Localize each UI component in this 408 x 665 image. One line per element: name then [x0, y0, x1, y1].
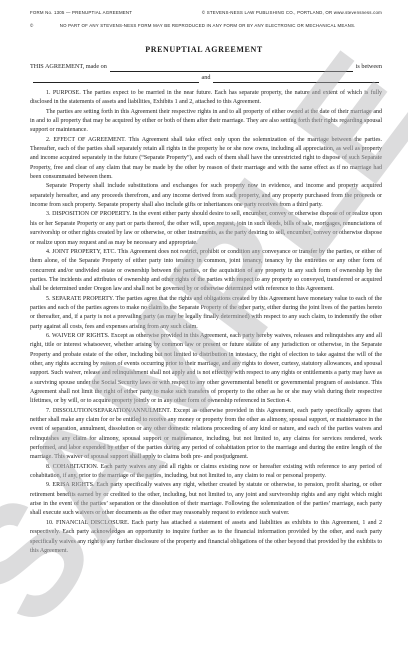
paragraph-purpose-cont: The parties are setting forth in this Ag… [30, 108, 382, 136]
opening-clause: THIS AGREEMENT, made on is between and [30, 61, 382, 83]
form-header: FORM No. 1305 — PRENUPTIAL AGREEMENT © S… [30, 10, 382, 28]
paragraph-financial-disclosure: 10. FINANCIAL DISCLOSURE. Each party has… [30, 519, 382, 556]
agreement-body: 1. PURPOSE. The parties expect to be mar… [30, 89, 382, 556]
party1-blank-field[interactable] [33, 74, 199, 83]
reproduction-notice: NO PART OF ANY STEVENS-NESS FORM MAY BE … [33, 23, 382, 28]
paragraph-separate-property-def: Separate Property shall include substitu… [30, 182, 382, 210]
paragraph-dissolution: 7. DISSOLUTION/SEPARATION/ANNULMENT. Exc… [30, 407, 382, 463]
and-label: and [202, 72, 211, 83]
date-blank-field[interactable] [110, 63, 353, 72]
paragraph-erisa-rights: 9. ERISA RIGHTS. Each party specifically… [30, 481, 382, 518]
paragraph-joint-property: 4. JOINT PROPERTY, ETC. This Agreement d… [30, 248, 382, 295]
agreement-date-line: THIS AGREEMENT, made on is between [30, 61, 382, 72]
paragraph-disposition-of-property: 3. DISPOSITION OF PROPERTY. In the event… [30, 210, 382, 247]
prenuptial-agreement-document: SAMPLE FORM No. 1305 — PRENUPTIAL AGREEM… [0, 0, 408, 665]
party-names-line: and [30, 72, 382, 83]
paragraph-cohabitation: 8. COHABITATION. Each party waives any a… [30, 463, 382, 482]
form-number-label: FORM No. 1305 — PRENUPTIAL AGREEMENT [30, 10, 132, 15]
paragraph-waiver-of-rights: 6. WAIVER OF RIGHTS. Except as otherwise… [30, 332, 382, 407]
paragraph-separate-property: 5. SEPARATE PROPERTY. The parties agree … [30, 295, 382, 332]
page-title: PRENUPTIAL AGREEMENT [0, 45, 408, 54]
made-on-label: THIS AGREEMENT, made on [30, 61, 107, 72]
party2-blank-field[interactable] [213, 74, 379, 83]
paragraph-effect-of-agreement: 2. EFFECT OF AGREEMENT. This Agreement s… [30, 136, 382, 183]
is-between-label: is between [356, 61, 382, 72]
publisher-label: © STEVENS-NESS LAW PUBLISHING CO., PORTL… [202, 10, 382, 15]
paragraph-purpose: 1. PURPOSE. The parties expect to be mar… [30, 89, 382, 108]
